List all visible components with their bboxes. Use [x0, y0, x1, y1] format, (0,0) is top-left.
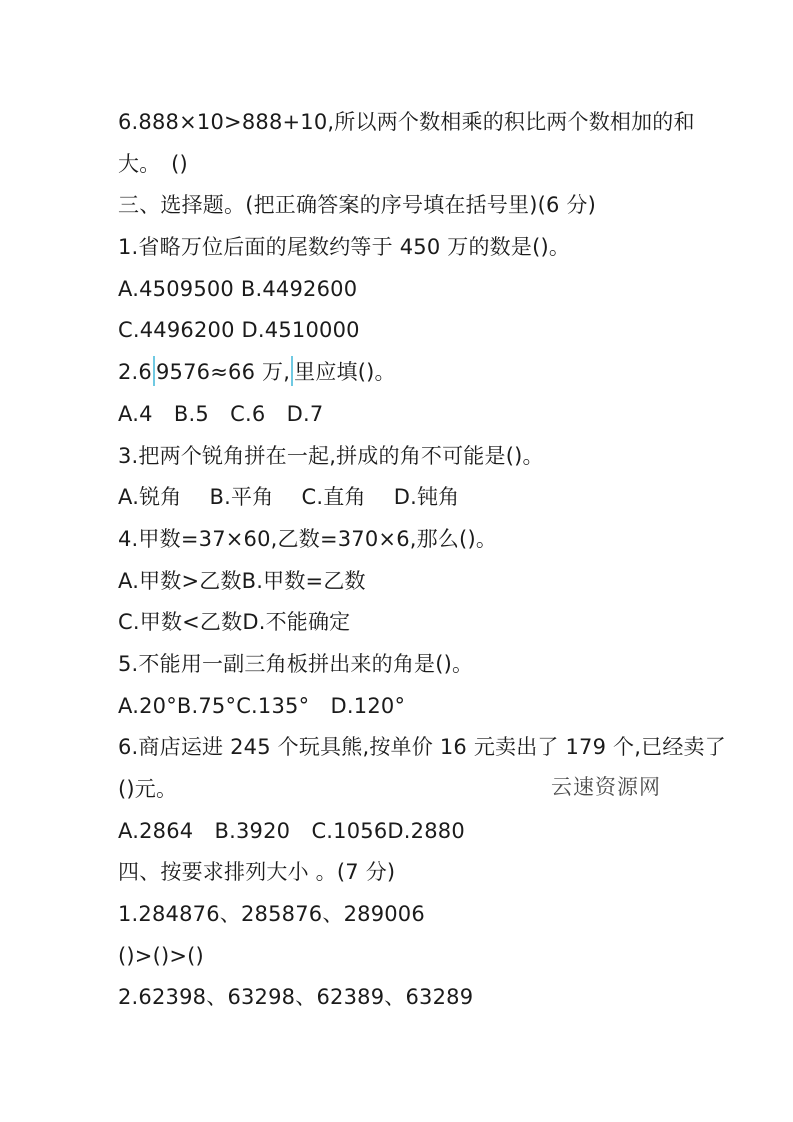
- text-run: 2.6: [118, 360, 152, 384]
- text-line: 三、选择题。(把正确答案的序号填在括号里)(6 分): [118, 185, 718, 227]
- document-text-area[interactable]: 6.888×10>888+10,所以两个数相乘的积比两个数相加的和大。 ()三、…: [118, 102, 718, 1019]
- text-run: ()>()>(): [118, 944, 204, 968]
- text-run: 三、选择题。(把正确答案的序号填在括号里)(6 分): [118, 193, 596, 217]
- text-run: 6.888×10>888+10,所以两个数相乘的积比两个数相加的和: [118, 110, 695, 134]
- text-run: 里应填()。: [294, 360, 396, 384]
- text-line: A.4 B.5 C.6 D.7: [118, 394, 718, 436]
- text-line: C.4496200 D.4510000: [118, 310, 718, 352]
- text-line: 5.不能用一副三角板拼出来的角是()。: [118, 644, 718, 686]
- text-run: 1.省略万位后面的尾数约等于 450 万的数是()。: [118, 235, 570, 259]
- text-run: 6.商店运进 245 个玩具熊,按单价 16 元卖出了 179 个,已经卖了: [118, 735, 726, 759]
- text-line: A.锐角 B.平角 C.直角 D.钝角: [118, 477, 718, 519]
- text-cursor-mark: [291, 356, 293, 386]
- text-line: 3.把两个锐角拼在一起,拼成的角不可能是()。: [118, 436, 718, 478]
- text-line: A.甲数>乙数B.甲数=乙数: [118, 561, 718, 603]
- watermark-text: 云速资源网: [551, 771, 661, 801]
- text-run: 5.不能用一副三角板拼出来的角是()。: [118, 652, 473, 676]
- text-run: A.锐角 B.平角 C.直角 D.钝角: [118, 485, 459, 509]
- text-line: A.20°B.75°C.135° D.120°: [118, 686, 718, 728]
- text-line: A.4509500 B.4492600: [118, 269, 718, 311]
- text-line: 6.888×10>888+10,所以两个数相乘的积比两个数相加的和: [118, 102, 718, 144]
- text-run: 9576≈66 万,: [156, 360, 290, 384]
- text-line: 四、按要求排列大小 。(7 分): [118, 852, 718, 894]
- text-run: 四、按要求排列大小 。(7 分): [118, 860, 395, 884]
- text-run: ()元。: [118, 777, 177, 801]
- text-run: C.4496200 D.4510000: [118, 318, 360, 342]
- text-line: 1.284876、285876、289006: [118, 894, 718, 936]
- text-cursor-mark: [153, 356, 155, 386]
- text-run: 4.甲数=37×60,乙数=370×6,那么()。: [118, 527, 497, 551]
- text-run: A.2864 B.3920 C.1056D.2880: [118, 819, 465, 843]
- text-run: 3.把两个锐角拼在一起,拼成的角不可能是()。: [118, 444, 544, 468]
- text-run: 2.62398、63298、62389、63289: [118, 985, 473, 1009]
- text-line: 4.甲数=37×60,乙数=370×6,那么()。: [118, 519, 718, 561]
- text-line: 2.69576≈66 万,里应填()。: [118, 352, 718, 394]
- text-run: A.4509500 B.4492600: [118, 277, 357, 301]
- text-line: 2.62398、63298、62389、63289: [118, 977, 718, 1019]
- text-run: A.甲数>乙数B.甲数=乙数: [118, 569, 366, 593]
- text-run: A.4 B.5 C.6 D.7: [118, 402, 323, 426]
- text-run: A.20°B.75°C.135° D.120°: [118, 694, 405, 718]
- text-run: 1.284876、285876、289006: [118, 902, 425, 926]
- document-page: 6.888×10>888+10,所以两个数相乘的积比两个数相加的和大。 ()三、…: [0, 0, 793, 1122]
- text-line: 6.商店运进 245 个玩具熊,按单价 16 元卖出了 179 个,已经卖了: [118, 727, 718, 769]
- text-run: C.甲数<乙数D.不能确定: [118, 610, 350, 634]
- text-line: A.2864 B.3920 C.1056D.2880: [118, 811, 718, 853]
- text-line: 大。 (): [118, 144, 718, 186]
- text-line: C.甲数<乙数D.不能确定: [118, 602, 718, 644]
- text-line: 1.省略万位后面的尾数约等于 450 万的数是()。: [118, 227, 718, 269]
- text-line: ()>()>(): [118, 936, 718, 978]
- text-run: 大。 (): [118, 152, 188, 176]
